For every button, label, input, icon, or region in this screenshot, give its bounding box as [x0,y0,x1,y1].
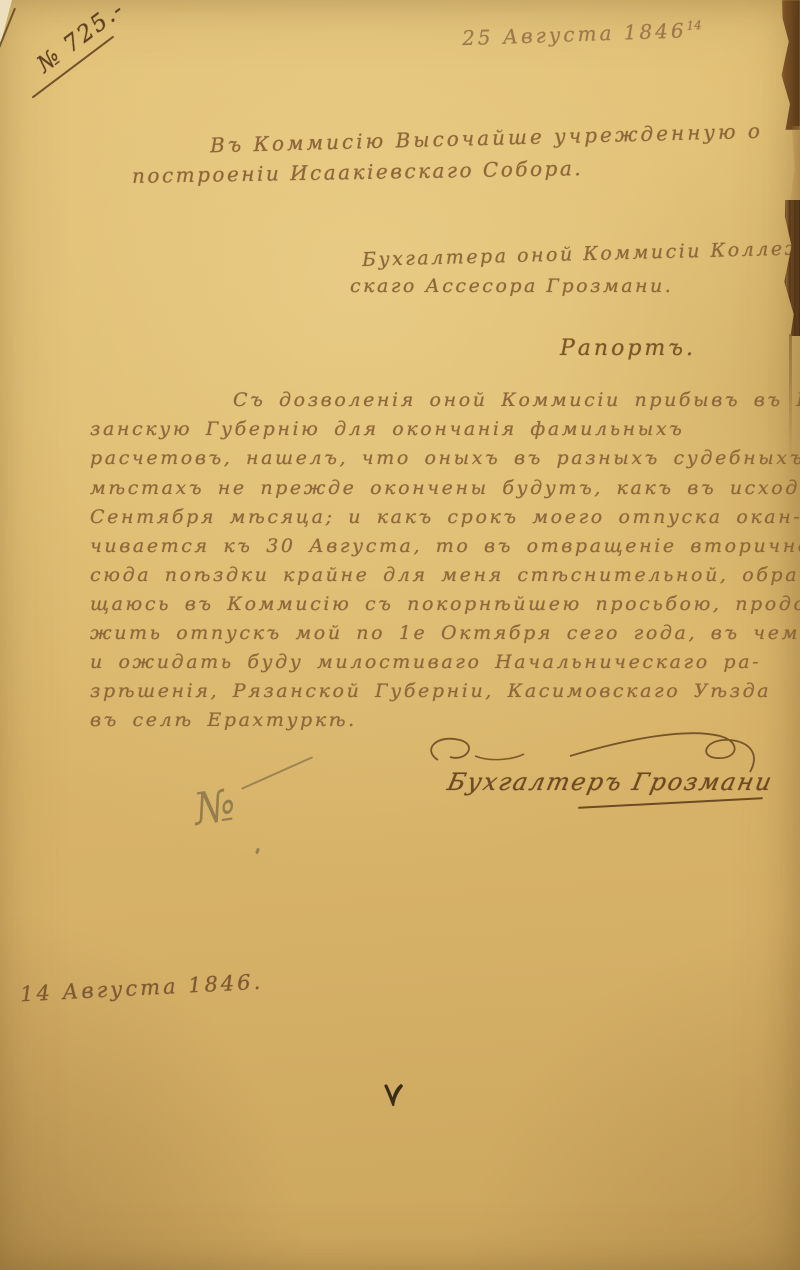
received-date: 25 Августа 184614 [462,18,703,50]
body-line-8: щаюсь въ Коммисію съ покорнѣйшею просьбо… [90,593,800,615]
address-line-2: построеніи Исаакіевскаго Собора. [132,156,583,188]
page-edge-binding [768,0,800,480]
address-line-1: Въ Коммисію Высочайше учрежденную о [210,119,763,157]
binding-fragment-mid [787,126,800,204]
body-line-9: жить отпускъ мой по 1е Октября сего года… [90,622,800,644]
body-line-12: въ селѣ Ерахтуркѣ. [90,709,357,731]
ink-blot-mark [383,1082,405,1106]
body-line-5: Сентября мѣсяца; и какъ срокъ моего отпу… [90,506,800,528]
signature-underline [578,797,763,809]
pencil-note-dot [255,848,260,855]
registry-number: № 725.- [32,0,129,78]
received-date-text: 25 Августа 1846 [462,18,687,50]
body-line-11: зрѣшенія, Рязанской Губерніи, Касимовска… [90,680,771,702]
body-line-1: Съ дозволенія оной Коммисіи прибывъ въ Р… [233,389,800,411]
body-line-7: сюда поѣздки крайне для меня стѣснительн… [90,564,800,586]
pencil-number-note: № [191,779,239,835]
pencil-note-flourish [241,756,313,789]
binding-fragment-top [775,0,800,130]
signature-text: Бухгалтеръ Грозмани [445,768,776,796]
binding-fragment-low [779,200,800,336]
report-heading: Рапортъ. [560,336,696,361]
body-line-2: занскую Губернію для окончанія фамильных… [90,418,684,440]
bottom-date: 14 Августа 1846. [20,970,264,1007]
binding-fade-line [789,334,792,464]
body-line-4: мѣстахъ не прежде окончены будутъ, какъ … [90,477,800,499]
body-line-3: расчетовъ, нашелъ, что оныхъ въ разныхъ … [90,447,800,469]
body-line-6: чивается къ 30 Августа, то въ отвращеніе… [90,535,800,557]
sender-line-2: скаго Ассесора Грозмани. [350,275,673,297]
signature-block: Бухгалтеръ Грозмани [420,726,770,811]
received-date-superscript: 14 [686,18,702,33]
body-line-10: и ожидать буду милостиваго Начальническа… [90,651,761,673]
sender-line-1: Бухгалтера оной Коммисіи Коллеж- [362,237,800,271]
scanned-document-page: № 725.- 25 Августа 184614 Въ Коммисію Вы… [0,0,800,1270]
